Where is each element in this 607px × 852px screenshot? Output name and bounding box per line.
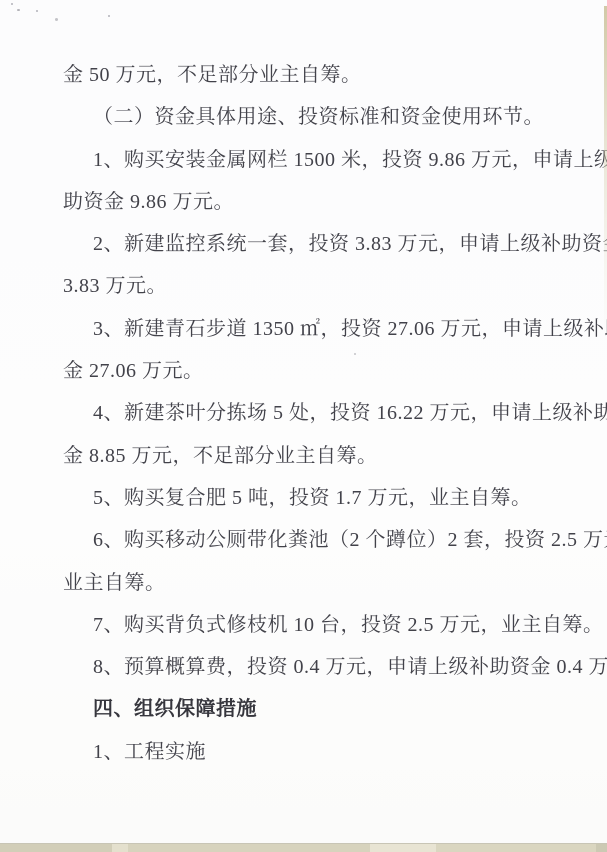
scan-speckle [108,15,110,17]
doc-line-section-4-heading: 四、组织保障措施 [63,688,553,730]
doc-line-item-4-continuation: 金 8.85 万元，不足部分业主自筹。 [63,435,553,477]
doc-line-item-3-continuation: 金 27.06 万元。 [63,350,553,392]
doc-line-item-8: 8、预算概算费，投资 0.4 万元，申请上级补助资金 0.4 万元。 [63,646,553,688]
scan-speckle [17,9,20,11]
scanned-document-page: 金 50 万元，不足部分业主自筹。 （二）资金具体用途、投资标准和资金使用环节。… [0,0,607,852]
doc-line-item-2: 2、新建监控系统一套，投资 3.83 万元，申请上级补助资金 [63,223,553,265]
doc-line-item-1: 1、购买安装金属网栏 1500 米，投资 9.86 万元，申请上级补 [63,139,553,181]
paper-bottom-edge [0,843,607,852]
scan-speckle [36,10,38,12]
doc-line-item-7: 7、购买背负式修枝机 10 台，投资 2.5 万元，业主自筹。 [63,604,553,646]
doc-line-subitem-1: 1、工程实施 [63,731,553,773]
scan-speckle [11,3,13,5]
scan-speckle [55,18,58,21]
doc-line-item-4: 4、新建茶叶分拣场 5 处，投资 16.22 万元，申请上级补助资 [63,392,553,434]
doc-line-item-3: 3、新建青石步道 1350 ㎡，投资 27.06 万元，申请上级补助资 [63,308,553,350]
document-text-block: 金 50 万元，不足部分业主自筹。 （二）资金具体用途、投资标准和资金使用环节。… [63,54,553,773]
doc-line-section-2-heading: （二）资金具体用途、投资标准和资金使用环节。 [63,96,553,138]
doc-line-item-6-continuation: 业主自筹。 [63,562,553,604]
doc-line-item-2-continuation: 3.83 万元。 [63,265,553,307]
doc-line-item-6: 6、购买移动公厕带化粪池（2 个蹲位）2 套，投资 2.5 万元， [63,519,553,561]
doc-line-item-1-continuation: 助资金 9.86 万元。 [63,181,553,223]
doc-line-item-5: 5、购买复合肥 5 吨，投资 1.7 万元，业主自筹。 [63,477,553,519]
doc-line-continuation: 金 50 万元，不足部分业主自筹。 [63,54,553,96]
